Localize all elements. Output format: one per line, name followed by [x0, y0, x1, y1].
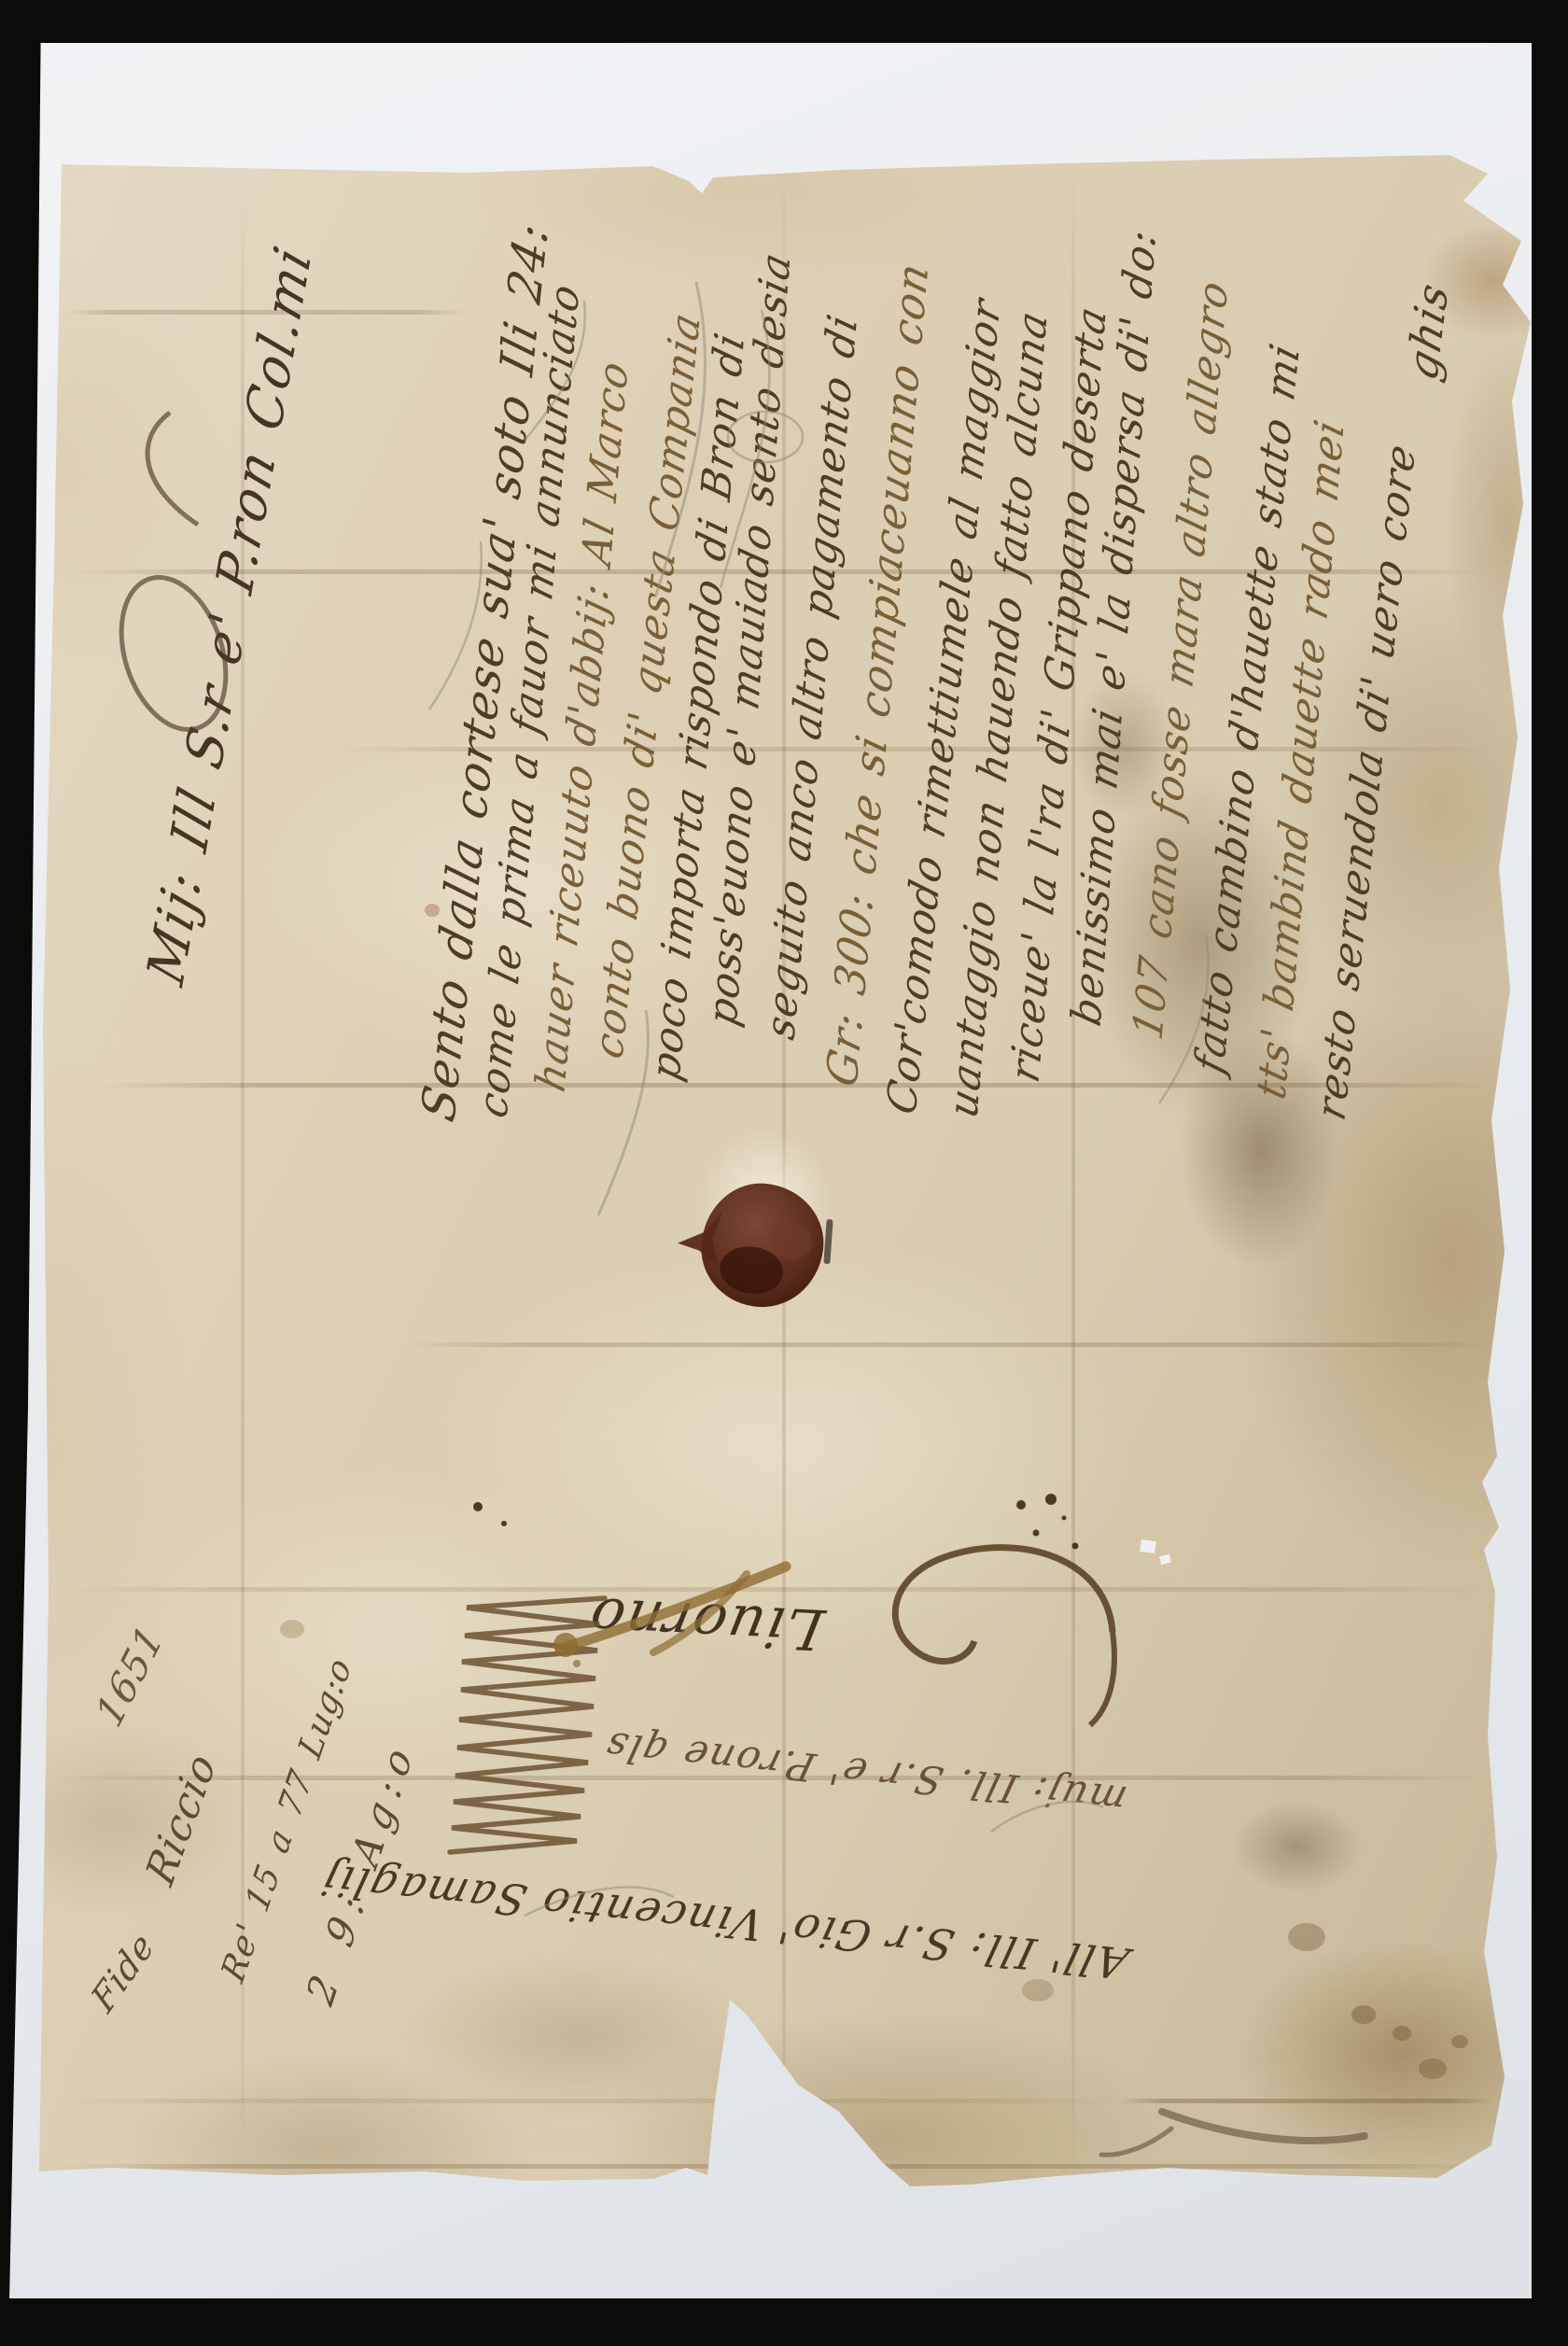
stain-dot — [1022, 1979, 1054, 2002]
place-name-line: Liuorno — [566, 1586, 829, 1658]
photo-frame-right — [1532, 0, 1568, 2346]
stain-dot — [1351, 2005, 1376, 2024]
photo-frame-top — [0, 0, 1568, 43]
stain-dot — [1393, 2026, 1411, 2041]
stain-dot — [1419, 2058, 1447, 2079]
photo-frame-bottom — [0, 2298, 1568, 2346]
stain-dot — [280, 1620, 304, 1638]
stain-dot — [1288, 1923, 1325, 1951]
photograph-canvas: Mij: Ill S.r e' P.ron Col.mi Sento dalla… — [0, 0, 1568, 2346]
paper-loss-chip — [1140, 1539, 1156, 1553]
manuscript-body-line: ghis — [1400, 277, 1455, 385]
stain-dot — [1451, 2035, 1468, 2048]
parchment-sheet: Mij: Ill S.r e' P.ron Col.mi Sento dalla… — [0, 0, 1568, 2346]
